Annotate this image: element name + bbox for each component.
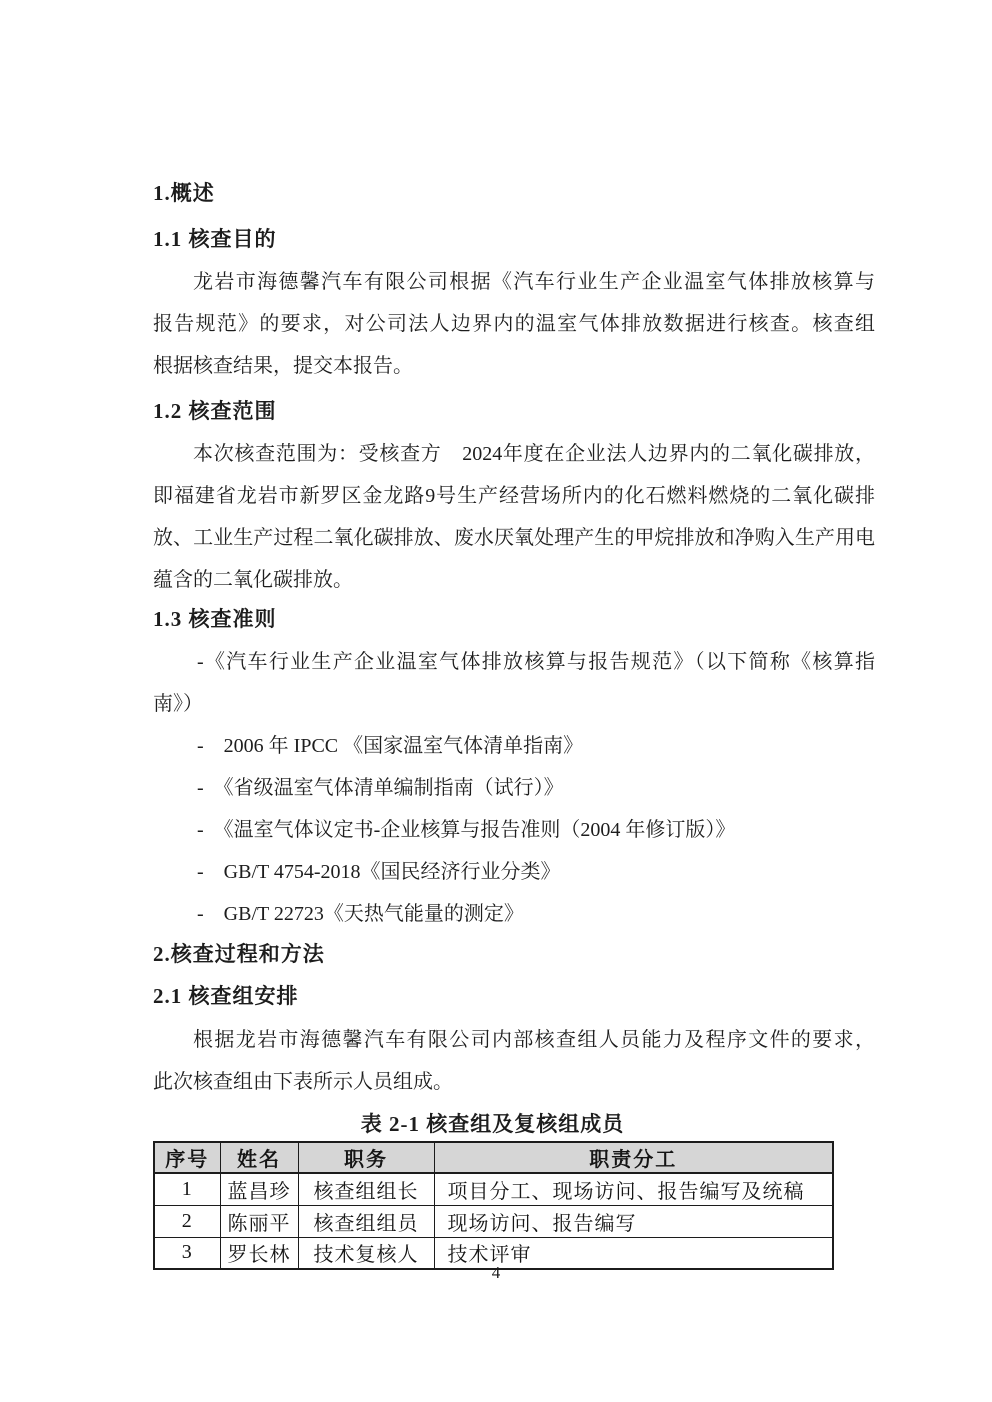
paragraph-verification-purpose: 龙岩市海德馨汽车有限公司根据《汽车行业生产企业温室气体排放核算与 报告规范》的要… — [153, 261, 875, 387]
list-item: - 2006 年 IPCC 《国家温室气体清单指南》 — [153, 725, 875, 767]
col-header-role: 职务 — [298, 1142, 434, 1173]
list-verification-criteria: -《汽车行业生产企业温室气体排放核算与报告规范》（以下简称《核算指 南》） - … — [153, 641, 875, 935]
list-item-continuation: 南》） — [153, 683, 875, 725]
cell-index: 1 — [154, 1173, 220, 1205]
paragraph-verification-scope: 本次核查范围为：受核查方 2024年度在企业法人边界内的二氧化碳排放， 即福建省… — [153, 433, 875, 601]
cell-role: 核查组组长 — [298, 1173, 434, 1205]
cell-name: 陈丽平 — [220, 1205, 298, 1237]
list-item: - GB/T 22723《天热气能量的测定》 — [153, 893, 875, 935]
heading-verification-purpose: 1.1 核查目的 — [153, 227, 277, 251]
paragraph-line: 放、工业生产过程二氧化碳排放、废水厌氧处理产生的甲烷排放和净购入生产用电 — [153, 517, 875, 559]
paragraph-line: 根据龙岩市海德馨汽车有限公司内部核查组人员能力及程序文件的要求， — [153, 1019, 875, 1061]
list-item: - GB/T 4754-2018《国民经济行业分类》 — [153, 851, 875, 893]
cell-duty: 项目分工、现场访问、报告编写及统稿 — [434, 1173, 833, 1205]
table-row: 1 蓝昌珍 核查组组长 项目分工、现场访问、报告编写及统稿 — [154, 1173, 833, 1205]
list-item: -《汽车行业生产企业温室气体排放核算与报告规范》（以下简称《核算指 — [153, 641, 875, 683]
page-number: 4 — [0, 1263, 992, 1283]
col-header-name: 姓名 — [220, 1142, 298, 1173]
list-item: - 《省级温室气体清单编制指南（试行）》 — [153, 767, 875, 809]
paragraph-line: 蕴含的二氧化碳排放。 — [153, 559, 875, 601]
paragraph-line: 此次核查组由下表所示人员组成。 — [153, 1061, 875, 1103]
table-row: 2 陈丽平 核查组组员 现场访问、报告编写 — [154, 1205, 833, 1237]
col-header-duty: 职责分工 — [434, 1142, 833, 1173]
heading-verification-scope: 1.2 核查范围 — [153, 399, 277, 423]
col-header-index: 序号 — [154, 1142, 220, 1173]
paragraph-line: 即福建省龙岩市新罗区金龙路9号生产经营场所内的化石燃料燃烧的二氧化碳排 — [153, 475, 875, 517]
team-table: 序号 姓名 职务 职责分工 1 蓝昌珍 核查组组长 项目分工、现场访问、报告编写… — [153, 1141, 834, 1270]
cell-index: 2 — [154, 1205, 220, 1237]
list-item: - 《温室气体议定书-企业核算与报告准则（2004 年修订版）》 — [153, 809, 875, 851]
heading-verification-criteria: 1.3 核查准则 — [153, 607, 277, 631]
team-table-wrapper: 序号 姓名 职务 职责分工 1 蓝昌珍 核查组组长 项目分工、现场访问、报告编写… — [153, 1141, 834, 1270]
heading-team-arrangement: 2.1 核查组安排 — [153, 984, 299, 1008]
cell-name: 蓝昌珍 — [220, 1173, 298, 1205]
cell-duty: 现场访问、报告编写 — [434, 1205, 833, 1237]
table-caption: 表 2-1 核查组及复核组成员 — [153, 1112, 832, 1136]
heading-overview: 1.概述 — [153, 181, 215, 205]
heading-process-method: 2.核查过程和方法 — [153, 942, 325, 966]
paragraph-team-arrangement: 根据龙岩市海德馨汽车有限公司内部核查组人员能力及程序文件的要求， 此次核查组由下… — [153, 1019, 875, 1103]
paragraph-line: 龙岩市海德馨汽车有限公司根据《汽车行业生产企业温室气体排放核算与 — [153, 261, 875, 303]
table-header-row: 序号 姓名 职务 职责分工 — [154, 1142, 833, 1173]
cell-role: 核查组组员 — [298, 1205, 434, 1237]
document-page: { "doc": { "s1_title": "1.概述", "s1_1": {… — [0, 0, 992, 1402]
paragraph-line: 根据核查结果，提交本报告。 — [153, 345, 875, 387]
paragraph-line: 报告规范》的要求，对公司法人边界内的温室气体排放数据进行核查。核查组 — [153, 303, 875, 345]
paragraph-line: 本次核查范围为：受核查方 2024年度在企业法人边界内的二氧化碳排放， — [153, 433, 875, 475]
